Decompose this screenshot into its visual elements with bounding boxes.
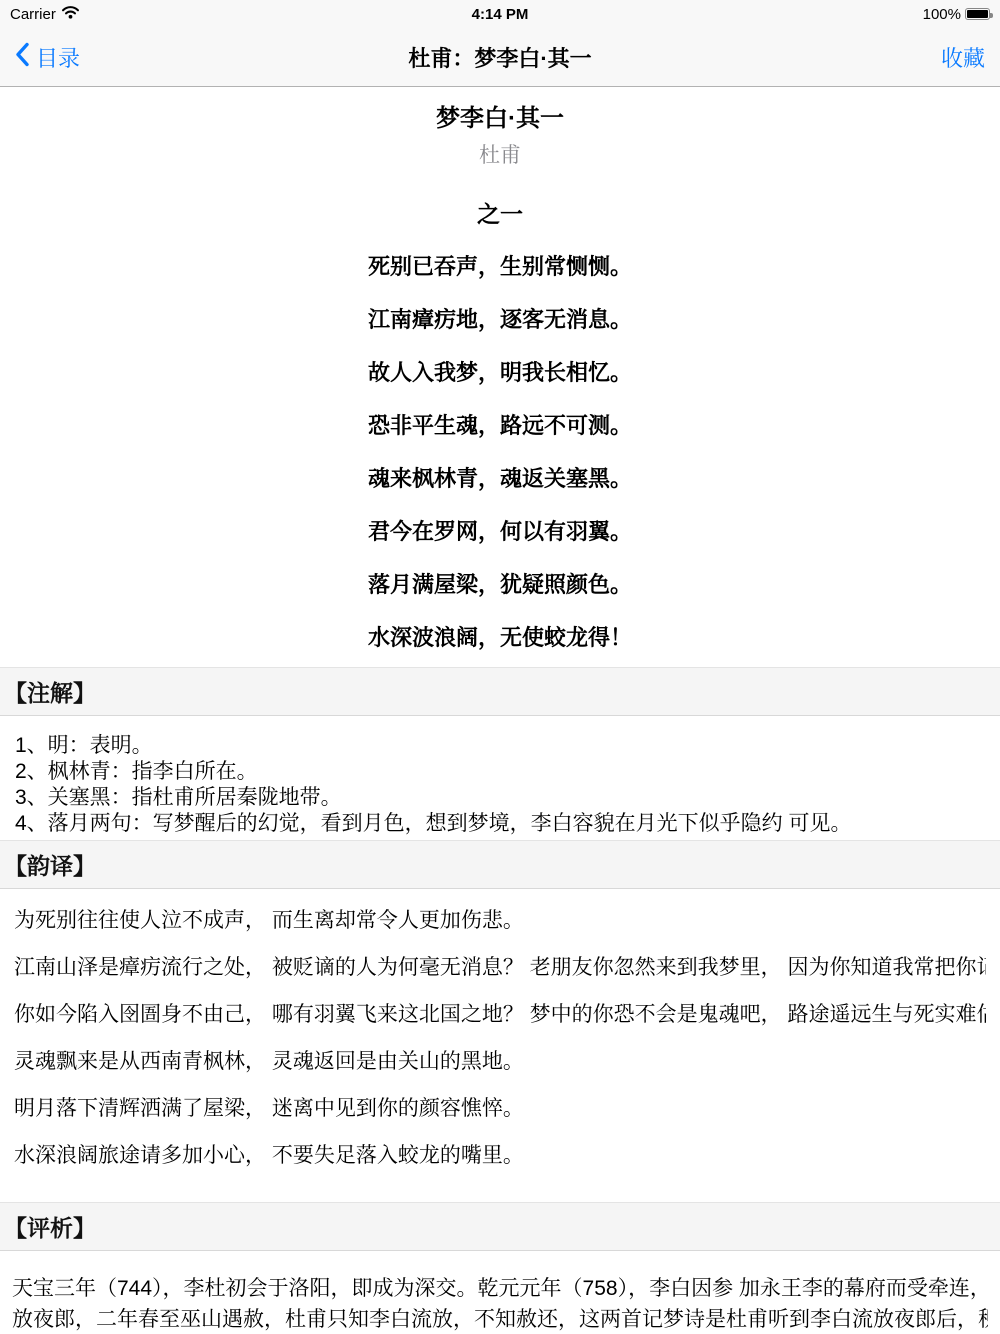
- note-item: 3、关塞黑：指杜甫所居秦陇地带。: [15, 785, 985, 811]
- content-scroll-area[interactable]: 梦李白·其一 杜甫 之一 死别已吞声，生别常恻恻。 江南瘴疠地，逐客无消息。 故…: [0, 104, 1000, 1334]
- commentary-line: 天宝三年（744），李杜初会于洛阳，即成为深交。乾元元年（758），李白因参 加…: [12, 1273, 988, 1304]
- app-screen: Carrier 4:14 PM 100%: [0, 0, 1000, 1334]
- battery-icon: [965, 8, 990, 20]
- poem-part-label: 之一: [0, 200, 1000, 228]
- note-item: 2、枫林青：指李白所在。: [15, 759, 985, 785]
- translation-line: 你如今陷入囹圄身不由己， 哪有羽翼飞来这北国之地？ 梦中的你恐不会是鬼魂吧， 路…: [14, 1001, 986, 1029]
- poem-line: 故人入我梦，明我长相忆。: [0, 346, 1000, 399]
- translation-line: 水深浪阔旅途请多加小心， 不要失足落入蛟龙的嘴里。: [14, 1142, 986, 1170]
- translation-section-body: 为死别往往使人泣不成声， 而生离却常令人更加伤悲。 江南山泽是瘴疠流行之处， 被…: [0, 889, 1000, 1199]
- poem-line: 魂来枫林青，魂返关塞黑。: [0, 452, 1000, 505]
- note-item: 1、明：表明。: [15, 733, 985, 759]
- poem-line: 恐非平生魂，路远不可测。: [0, 399, 1000, 452]
- poem-lines: 死别已吞声，生别常恻恻。 江南瘴疠地，逐客无消息。 故人入我梦，明我长相忆。 恐…: [0, 240, 1000, 664]
- commentary-section-body: 天宝三年（744），李杜初会于洛阳，即成为深交。乾元元年（758），李白因参 加…: [0, 1251, 1000, 1334]
- page-title: 杜甫：梦李白·其一: [0, 28, 1000, 86]
- note-item: 4、落月两句：写梦醒后的幻觉，看到月色，想到梦境，李白容貌在月光下似乎隐约 可见…: [15, 811, 985, 837]
- poem-author: 杜甫: [0, 143, 1000, 168]
- translation-line: 灵魂飘来是从西南青枫林， 灵魂返回是由关山的黑地。: [14, 1048, 986, 1076]
- battery-fill: [967, 10, 988, 18]
- clock: 4:14 PM: [0, 0, 1000, 28]
- back-button-label: 目录: [36, 42, 80, 73]
- favorite-button[interactable]: 收藏: [941, 42, 985, 73]
- top-chrome: Carrier 4:14 PM 100%: [0, 0, 1000, 87]
- commentary-section-header: 【评析】: [0, 1202, 1000, 1251]
- poem-line: 江南瘴疠地，逐客无消息。: [0, 293, 1000, 346]
- translation-section-header: 【韵译】: [0, 840, 1000, 889]
- notes-section-body: 1、明：表明。 2、枫林青：指李白所在。 3、关塞黑：指杜甫所居秦陇地带。 4、…: [0, 716, 1000, 837]
- translation-line: 为死别往往使人泣不成声， 而生离却常令人更加伤悲。: [14, 907, 986, 935]
- translation-line: 明月落下清辉洒满了屋梁， 迷离中见到你的颜容憔悴。: [14, 1095, 986, 1123]
- status-bar: Carrier 4:14 PM 100%: [0, 0, 1000, 28]
- poem-line: 死别已吞声，生别常恻恻。: [0, 240, 1000, 293]
- battery-nub: [990, 13, 993, 18]
- commentary-line: 放夜郎，二年春至巫山遇赦，杜甫只知李白流放，不知赦还，这两首记梦诗是杜甫听到李白…: [12, 1304, 988, 1334]
- poem-block: 梦李白·其一 杜甫 之一 死别已吞声，生别常恻恻。 江南瘴疠地，逐客无消息。 故…: [0, 104, 1000, 664]
- poem-line: 落月满屋梁，犹疑照颜色。: [0, 558, 1000, 611]
- chevron-left-icon: [15, 42, 29, 73]
- poem-line: 君今在罗网，何以有羽翼。: [0, 505, 1000, 558]
- poem-line: 水深波浪阔，无使蛟龙得！: [0, 611, 1000, 664]
- notes-section-header: 【注解】: [0, 667, 1000, 716]
- poem-title: 梦李白·其一: [0, 104, 1000, 134]
- nav-bar: 目录 杜甫：梦李白·其一 收藏: [0, 28, 1000, 86]
- back-button[interactable]: 目录: [15, 42, 80, 73]
- translation-line: 江南山泽是瘴疠流行之处， 被贬谪的人为何毫无消息？ 老朋友你忽然来到我梦里， 因…: [14, 954, 986, 982]
